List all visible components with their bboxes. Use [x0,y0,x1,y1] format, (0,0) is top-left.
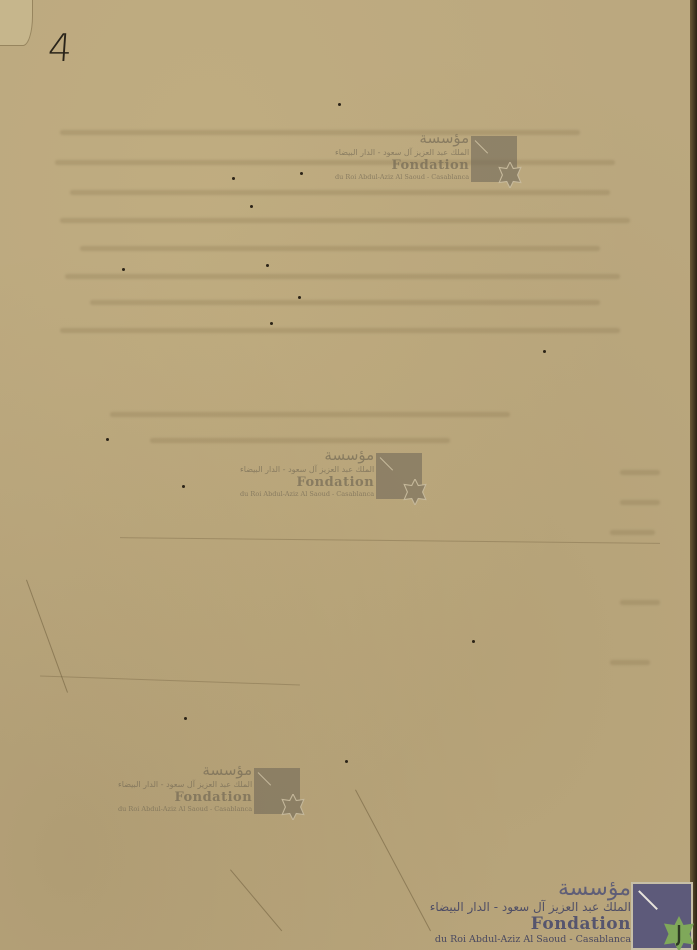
watermark: مؤسسة الملك عبد العزيز آل سعود - الدار ا… [335,130,517,182]
foundation-logo-icon [254,768,300,814]
watermark-french-title: Fondation [118,790,252,805]
crack [355,790,431,932]
foundation-logo-icon [376,453,422,499]
watermark-french-subtitle: du Roi Abdul-Aziz Al Saoud - Casablanca [240,490,374,499]
watermark-french-title: Fondation [240,475,374,490]
fold-line [120,537,660,544]
watermark: مؤسسة الملك عبد العزيز آل سعود - الدار ا… [118,762,300,814]
foundation-logo-icon [471,136,517,182]
logo-french-subtitle: du Roi Abdul-Aziz Al Saoud - Casablanca [430,934,631,946]
logo-arabic-subtitle: الملك عبد العزيز آل سعود - الدار البيضاء [430,900,631,915]
watermark-arabic-title: مؤسسة [240,447,374,464]
watermark-arabic-title: مؤسسة [118,762,252,779]
page-edge-shadow [690,0,697,950]
watermark-arabic-title: مؤسسة [335,130,469,147]
watermark-french-title: Fondation [335,158,469,173]
logo-arabic-title: مؤسسة [430,878,631,900]
watermark-arabic-subtitle: الملك عبد العزيز آل سعود - الدار البيضاء [118,779,252,790]
foundation-logo: مؤسسة الملك عبد العزيز آل سعود - الدار ا… [430,860,693,950]
logo-french-title: Fondation [430,915,631,934]
watermark-arabic-subtitle: الملك عبد العزيز آل سعود - الدار البيضاء [240,464,374,475]
fold-line [40,675,300,685]
watermark: مؤسسة الملك عبد العزيز آل سعود - الدار ا… [240,447,422,499]
foundation-emblem-icon [631,882,693,950]
watermark-french-subtitle: du Roi Abdul-Aziz Al Saoud - Casablanca [118,805,252,814]
watermark-french-subtitle: du Roi Abdul-Aziz Al Saoud - Casablanca [335,173,469,182]
torn-corner [0,0,33,46]
scanned-page: 4 [0,0,697,950]
watermark-arabic-subtitle: الملك عبد العزيز آل سعود - الدار البيضاء [335,147,469,158]
crack [230,869,282,931]
handwritten-page-number: 4 [46,26,73,70]
